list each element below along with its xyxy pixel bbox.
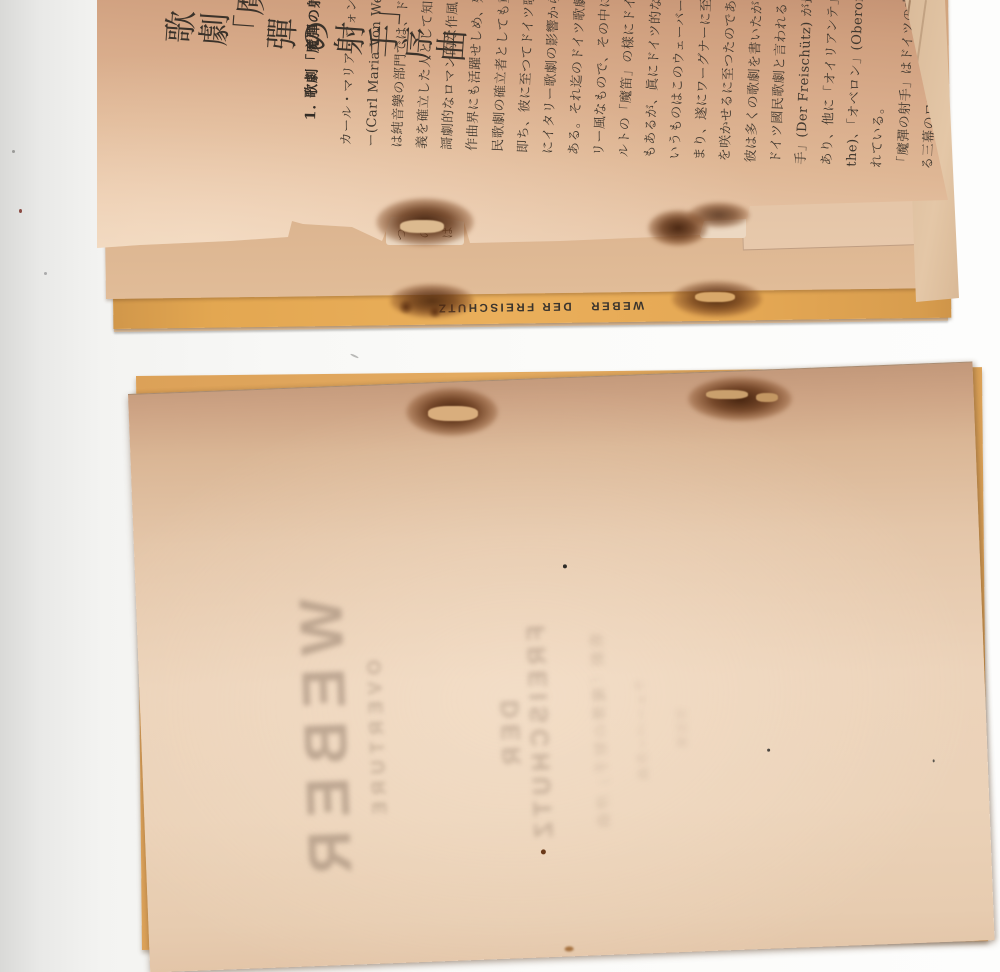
burn-stain <box>688 202 750 228</box>
showthrough-jp-line: ウェーバー作曲 <box>626 580 657 881</box>
burn-stain-center <box>706 390 748 399</box>
ink-speck <box>767 749 770 752</box>
scanned-liner-notes: WEBER DER FREISCHUTZ つ の ぱ 歌劇「魔彈の射手」序曲 1… <box>0 0 1000 972</box>
dust-speck <box>12 150 15 153</box>
cover-showthrough: WEBER OVERTURE DER FREISCHUTZ 歌劇「魔彈の射手」序… <box>286 578 727 894</box>
dust-speck <box>19 209 22 213</box>
showthrough-subtitle: OVERTURE <box>362 590 396 891</box>
dust-speck <box>44 272 47 275</box>
burn-stain-center <box>428 406 478 421</box>
body-text-block: カール・マリア・フォン・ウェーバー(Carl Maria Von Weber, … <box>334 0 959 170</box>
showthrough-jp-line: 管弦樂 <box>668 579 697 879</box>
section-heading: 1. 歌劇「魔彈の射手」序曲 <box>300 0 331 121</box>
burn-stain-center <box>400 220 444 233</box>
back-page: WEBER OVERTURE DER FREISCHUTZ 歌劇「魔彈の射手」序… <box>128 362 995 972</box>
smudge <box>565 946 574 951</box>
scratch-mark <box>350 353 359 359</box>
ink-speck <box>563 564 567 568</box>
burn-dot <box>398 300 414 314</box>
ink-speck <box>933 759 935 762</box>
showthrough-title: WEBER <box>286 591 366 893</box>
burn-stain-center <box>756 393 778 402</box>
burn-dot <box>428 306 442 318</box>
showthrough-jp-line: 歌劇「魔彈の射手」序曲 <box>584 582 617 883</box>
burn-stain-center <box>695 292 735 302</box>
showthrough-work-title: DER FREISCHUTZ <box>492 584 561 886</box>
